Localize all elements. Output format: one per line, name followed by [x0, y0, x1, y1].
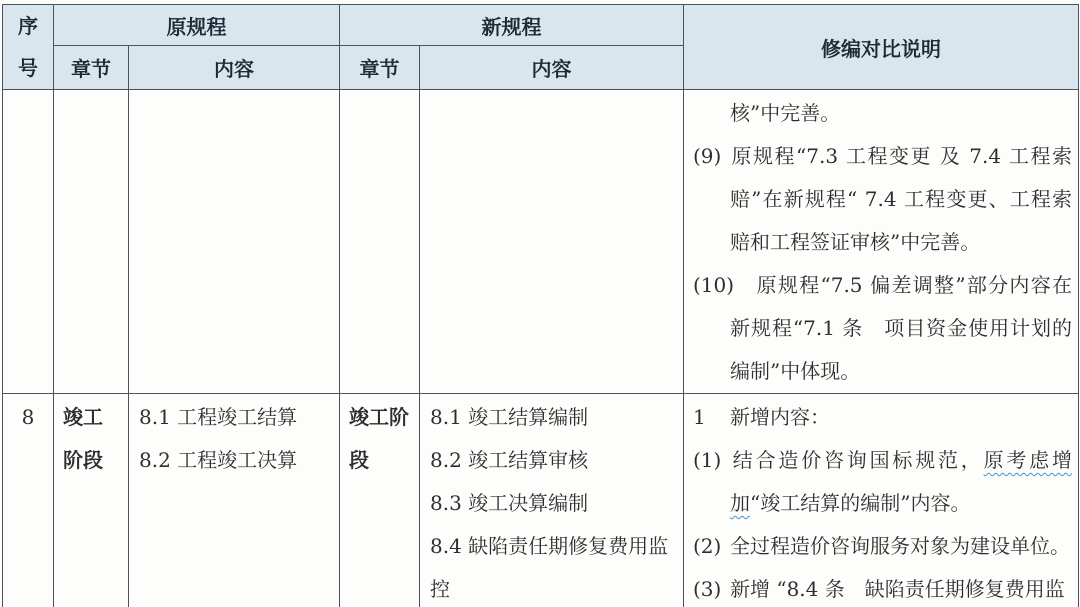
header-original-group: 原规程: [54, 5, 340, 46]
note-marker: (10): [693, 264, 734, 307]
note-text: 新增 “8.4 条 缺陷责任期修复费用监: [730, 577, 1065, 601]
seq-cell: 8: [3, 394, 54, 607]
note-marker: (9): [693, 135, 730, 178]
header-orig-content: 内容: [129, 46, 340, 90]
note-paragraph: 核”中完善。: [693, 92, 1072, 135]
orig-chapter-cell: [54, 90, 129, 394]
orig-chapter-value: 竣工阶段: [54, 394, 128, 482]
content-line: 8.1 工程竣工结算: [139, 396, 333, 439]
header-seq: 序号: [3, 5, 54, 90]
note-marker: (1): [693, 439, 730, 482]
new-content-cell: 8.1 竣工结算编制 8.2 竣工结算审核 8.3 竣工决算编制 8.4 缺陷责…: [420, 394, 684, 607]
note-text: 新增内容：: [730, 405, 830, 429]
note-text-pre: 结合造价咨询国标规范，: [730, 448, 984, 472]
note-paragraph: 1新增内容：: [693, 396, 1072, 439]
orig-content-cell: 8.1 工程竣工结算 8.2 工程竣工决算: [129, 394, 340, 607]
table-header: 序号 原规程 新规程 修编对比说明 章节 内容 章节 内容: [3, 5, 1079, 90]
note-paragraph: (9)原规程“7.3 工程变更 及 7.4 工程索赔”在新规程“ 7.4 工程变…: [693, 135, 1072, 264]
comparison-table: 序号 原规程 新规程 修编对比说明 章节 内容 章节 内容: [2, 4, 1079, 607]
content-line: 8.2 工程竣工决算: [139, 439, 333, 482]
note-marker: 1: [693, 396, 730, 439]
note-marker: (2): [693, 525, 730, 568]
header-new-chapter: 章节: [340, 46, 420, 90]
header-new-content: 内容: [420, 46, 684, 90]
note-text-post: “竣工结算的编制”内容。: [750, 491, 970, 515]
seq-value: 8: [3, 394, 53, 439]
note-marker: (3): [693, 568, 730, 606]
content-line: 8.1 竣工结算编制: [430, 396, 677, 439]
document-page: 序号 原规程 新规程 修编对比说明 章节 内容 章节 内容: [0, 0, 1080, 607]
notes-cell: 核”中完善。 (9)原规程“7.3 工程变更 及 7.4 工程索赔”在新规程“ …: [684, 90, 1079, 394]
seq-cell: [3, 90, 54, 394]
note-text: 原规程“7.5 偏差调整”部分内容在新规程“7.1 条 项目资金使用计划的编制”…: [730, 273, 1072, 383]
content-line: 8.4 缺陷责任期修复费用监控: [430, 525, 677, 607]
header-notes: 修编对比说明: [684, 5, 1079, 90]
new-content-cell: [420, 90, 684, 394]
new-chapter-cell: [340, 90, 420, 394]
note-text: 全过程造价咨询服务对象为建设单位。: [730, 534, 1070, 558]
content-line: 8.3 竣工决算编制: [430, 482, 677, 525]
header-new-group: 新规程: [340, 5, 684, 46]
table-row: 核”中完善。 (9)原规程“7.3 工程变更 及 7.4 工程索赔”在新规程“ …: [3, 90, 1079, 394]
note-text: 原规程“7.3 工程变更 及 7.4 工程索赔”在新规程“ 7.4 工程变更、工…: [730, 144, 1072, 254]
note-paragraph: (10) 原规程“7.5 偏差调整”部分内容在新规程“7.1 条 项目资金使用计…: [693, 264, 1072, 393]
new-chapter-cell: 竣工阶段: [340, 394, 420, 607]
header-seq-label: 序号: [17, 5, 39, 89]
note-paragraph: (2)全过程造价咨询服务对象为建设单位。: [693, 525, 1072, 568]
content-line: 8.2 竣工结算审核: [430, 439, 677, 482]
orig-chapter-cell: 竣工阶段: [54, 394, 129, 607]
note-paragraph: (1)结合造价咨询国标规范，原考虑增加“竣工结算的编制”内容。: [693, 439, 1072, 525]
table-row: 8 竣工阶段 8.1 工程竣工结算 8.2 工程竣工决算 竣工阶段 8.1 竣: [3, 394, 1079, 607]
note-paragraph: (3)新增 “8.4 条 缺陷责任期修复费用监: [693, 568, 1072, 606]
header-orig-chapter: 章节: [54, 46, 129, 90]
orig-content-cell: [129, 90, 340, 394]
new-chapter-value: 竣工阶段: [340, 394, 419, 482]
notes-cell: 1新增内容： (1)结合造价咨询国标规范，原考虑增加“竣工结算的编制”内容。 (…: [684, 394, 1079, 607]
note-text: 核”中完善。: [730, 101, 840, 125]
